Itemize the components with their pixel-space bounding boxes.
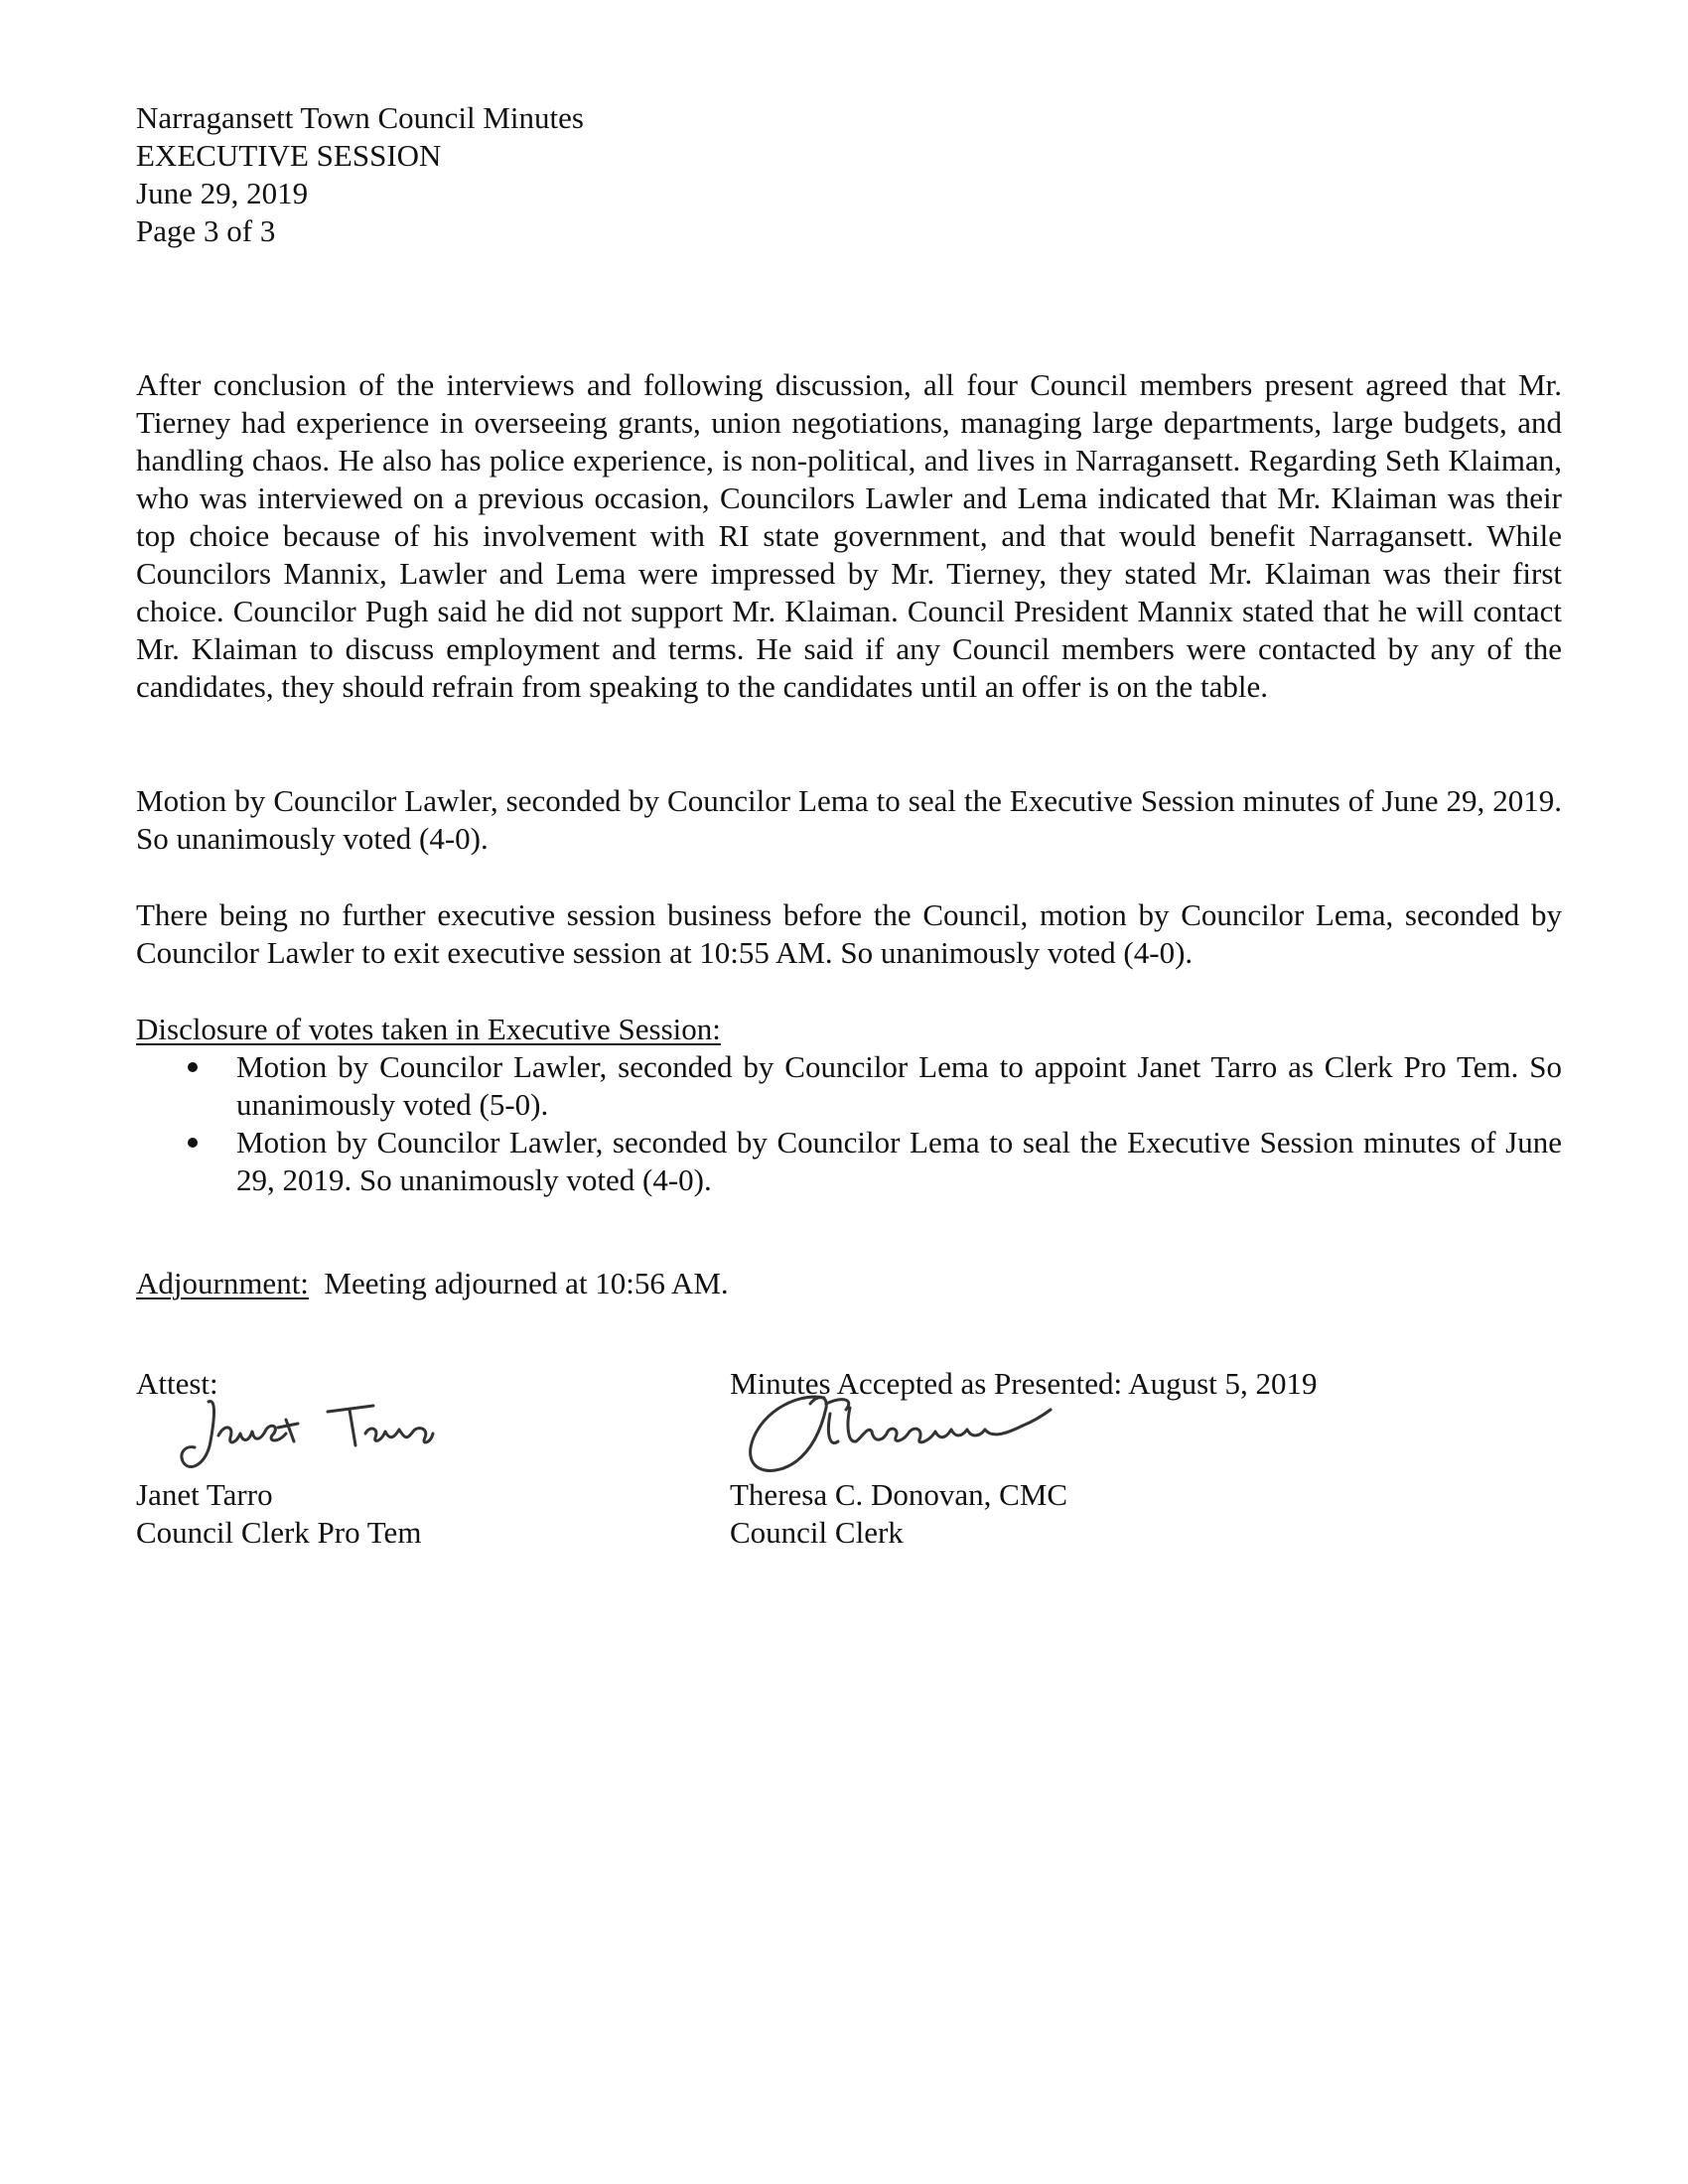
clerk-title: Council Clerk [730,1514,904,1552]
signature-theresa-donovan-icon [735,1386,1092,1485]
attest-title: Council Clerk Pro Tem [136,1514,421,1552]
clerk-name: Theresa C. Donovan, CMC [730,1476,1067,1514]
disclosure-list: Motion by Councilor Lawler, seconded by … [136,1048,1562,1199]
adjournment-text: Meeting adjourned at 10:56 AM. [324,1266,728,1300]
exit-session-paragraph: There being no further executive session… [136,896,1562,972]
disclosure-item: Motion by Councilor Lawler, seconded by … [136,1124,1562,1199]
seal-motion-text: Motion by Councilor Lawler, seconded by … [136,782,1562,858]
disclosure-heading: Disclosure of votes taken in Executive S… [136,1011,721,1048]
meeting-date: June 29, 2019 [136,175,584,212]
bullet-icon [188,1062,198,1072]
signature-janet-tarro-icon [169,1390,487,1479]
exit-session-text: There being no further executive session… [136,896,1562,972]
document-title: Narragansett Town Council Minutes [136,99,584,137]
session-type: EXECUTIVE SESSION [136,137,584,175]
attest-name: Janet Tarro [136,1476,273,1514]
adjournment-label: Adjournment: [136,1266,309,1300]
document-header: Narragansett Town Council Minutes EXECUT… [136,99,584,250]
page-number: Page 3 of 3 [136,212,584,250]
discussion-paragraph: After conclusion of the interviews and f… [136,366,1562,706]
seal-motion-paragraph: Motion by Councilor Lawler, seconded by … [136,782,1562,858]
adjournment-line: Adjournment: Meeting adjourned at 10:56 … [136,1265,729,1302]
disclosure-item-text: Motion by Councilor Lawler, seconded by … [236,1125,1562,1197]
bullet-icon [188,1138,198,1148]
discussion-text: After conclusion of the interviews and f… [136,366,1562,706]
disclosure-item-text: Motion by Councilor Lawler, seconded by … [236,1049,1562,1122]
disclosure-item: Motion by Councilor Lawler, seconded by … [136,1048,1562,1124]
